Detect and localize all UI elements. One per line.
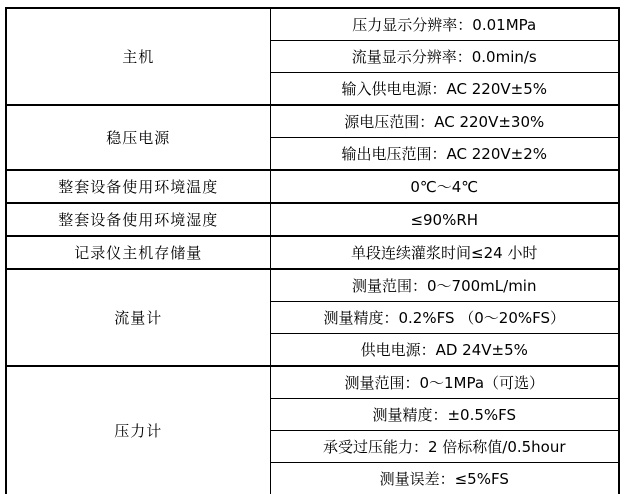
- spec-cell: 0℃～4℃: [270, 170, 619, 203]
- table-row: 整套设备使用环境温度 0℃～4℃: [6, 170, 619, 203]
- table-row: 记录仪主机存储量 单段连续灌浆时间≤24 小时: [6, 236, 619, 269]
- table-row: 整套设备使用环境湿度 ≤90%RH: [6, 203, 619, 236]
- spec-cell: 测量精度：±0.5%FS: [270, 399, 619, 431]
- category-cell-recorder-storage: 记录仪主机存储量: [6, 236, 270, 269]
- table-row: 流量计 测量范围：0～700mL/min: [6, 269, 619, 302]
- category-cell-flowmeter: 流量计: [6, 269, 270, 366]
- spec-cell: 测量误差：≤5%FS: [270, 463, 619, 494]
- spec-cell: 流量显示分辨率：0.0min/s: [270, 41, 619, 73]
- category-cell-host: 主机: [6, 8, 270, 105]
- spec-cell: 压力显示分辨率：0.01MPa: [270, 8, 619, 41]
- table-row: 压力计 测量范围：0～1MPa（可选）: [6, 366, 619, 399]
- table-row: 稳压电源 源电压范围：AC 220V±30%: [6, 105, 619, 138]
- spec-cell: 源电压范围：AC 220V±30%: [270, 105, 619, 138]
- spec-cell: 承受过压能力：2 倍标称值/0.5hour: [270, 431, 619, 463]
- table-row: 主机 压力显示分辨率：0.01MPa: [6, 8, 619, 41]
- spec-cell: 测量范围：0～1MPa（可选）: [270, 366, 619, 399]
- spec-cell: ≤90%RH: [270, 203, 619, 236]
- category-cell-ambient-humidity: 整套设备使用环境湿度: [6, 203, 270, 236]
- spec-cell: 输入供电电源：AC 220V±5%: [270, 73, 619, 106]
- spec-cell: 测量范围：0～700mL/min: [270, 269, 619, 302]
- category-cell-ambient-temperature: 整套设备使用环境温度: [6, 170, 270, 203]
- spec-table: 主机 压力显示分辨率：0.01MPa 流量显示分辨率：0.0min/s 输入供电…: [5, 7, 620, 494]
- spec-cell: 测量精度：0.2%FS （0～20%FS）: [270, 302, 619, 334]
- spec-cell: 输出电压范围：AC 220V±2%: [270, 138, 619, 171]
- category-cell-pressure-gauge: 压力计: [6, 366, 270, 494]
- spec-cell: 单段连续灌浆时间≤24 小时: [270, 236, 619, 269]
- spec-cell: 供电电源：AD 24V±5%: [270, 334, 619, 367]
- category-cell-regulated-power: 稳压电源: [6, 105, 270, 170]
